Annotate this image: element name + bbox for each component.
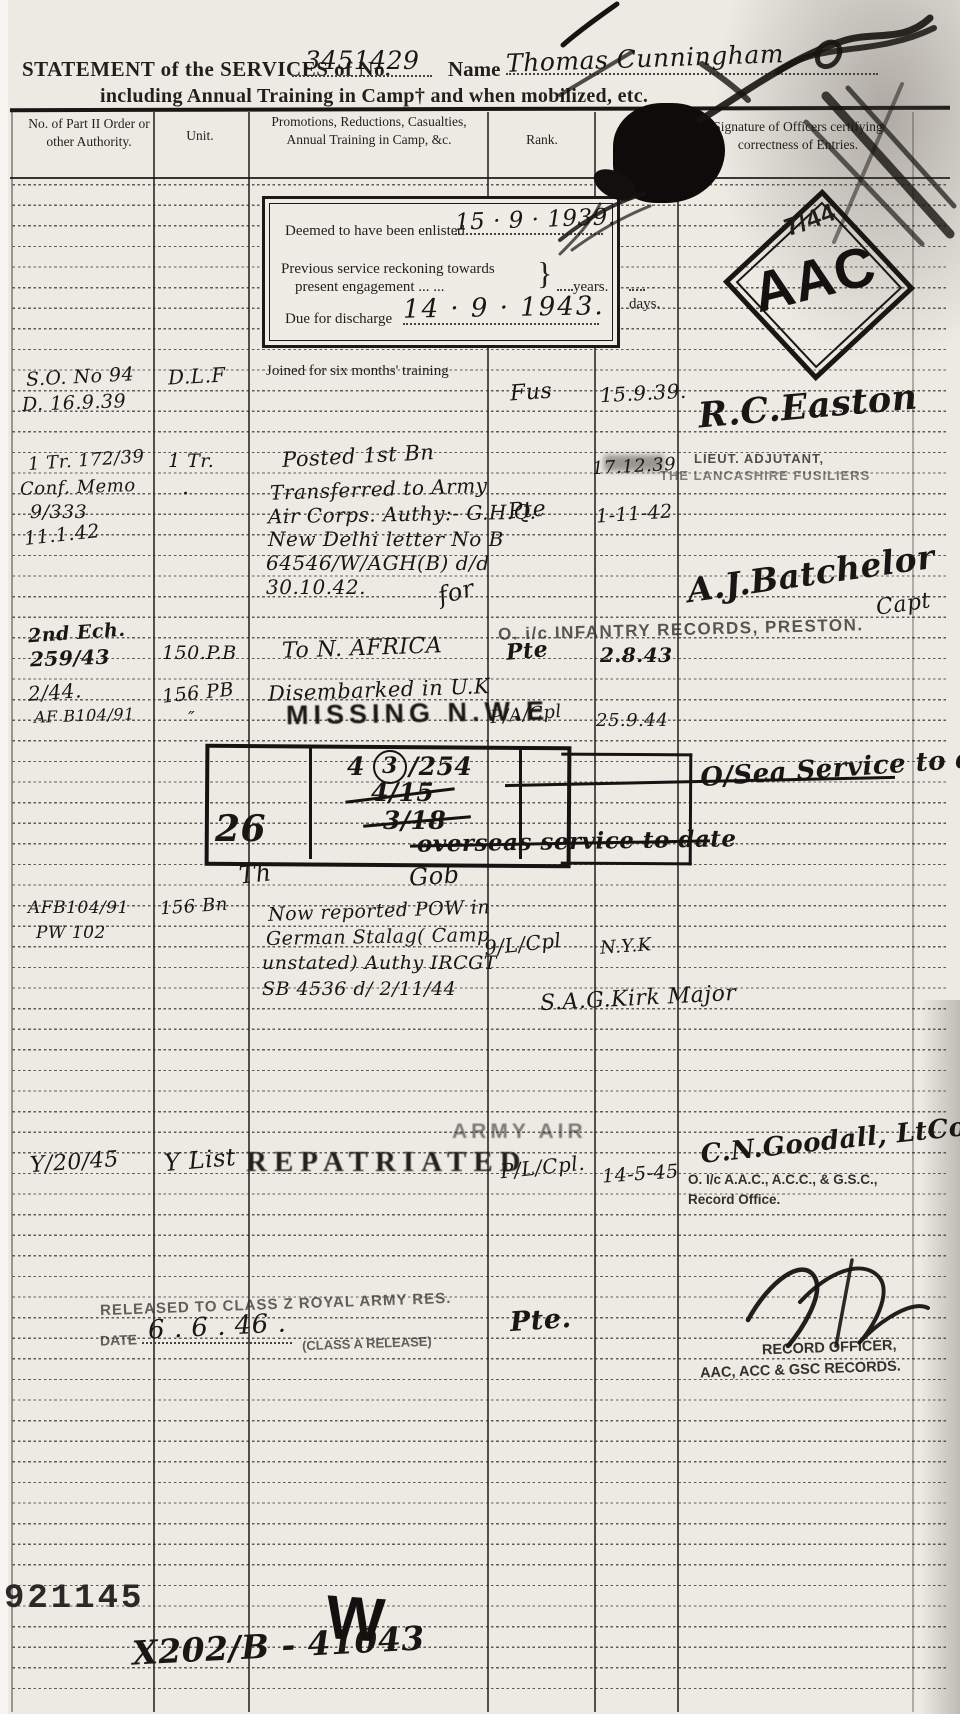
entry4-from-date: 25.9.44 (596, 710, 668, 731)
calc-initials-2: Gob (408, 860, 460, 891)
entry5-from-date: N.Y.K (599, 934, 652, 959)
pen-stroke-top (563, 4, 617, 45)
table-header-promotions: Promotions, Reductions, Casualties, Annu… (258, 113, 480, 148)
entry2-rank: Pte (507, 496, 547, 524)
entry7-rank: Pte. (509, 1303, 572, 1338)
name-value: Thomas Cunningham (506, 39, 785, 78)
entry5-event-line2: German Stalag( Camp (266, 924, 490, 950)
brace-glyph: } (537, 255, 552, 292)
scanned-service-record: STATEMENT of the SERVICES of No. 3451429… (0, 0, 960, 1714)
entry6-office-stamp-line1: O. I/c A.A.C., A.C.C., & G.S.C., (688, 1172, 878, 1187)
entry1-adjutant-stamp-line1: LIEUT. ADJUTANT, (694, 451, 824, 466)
entry2-from-date1: 17.12.39 (592, 454, 677, 479)
entry2-event-line6: 30.10.42. (266, 575, 366, 599)
entry1-from-date: 15.9.39. (599, 379, 687, 408)
enlisted-date: 15 · 9 · 1939. (455, 204, 616, 236)
entry1-rank: Fus (509, 379, 553, 407)
release-date-label: DATE (100, 1331, 138, 1348)
entry3-unit: 150.P.B (162, 642, 237, 664)
entry2-event-line5: 64546/W/AGH(B) d/d (266, 551, 490, 575)
calc-initials-1: Th (238, 858, 273, 889)
entry2-authority-line3: 9/333 (30, 501, 87, 523)
calc-number-rest: /254 (409, 752, 472, 781)
entry5-event-line4: SB 4536 d/ 2/11/44 (262, 978, 456, 1000)
previous-service-label-1: Previous service reckoning towards (281, 261, 495, 278)
column-line-2 (248, 112, 250, 1712)
page-subtitle: including Annual Training in Camp† and w… (100, 85, 648, 108)
column-line-5 (677, 112, 679, 1712)
aac-diamond-stamp: 7/44 AAC (722, 188, 906, 372)
entry1-authority-line2: D. 16.9.39 (22, 390, 127, 416)
entry2-event-line3: Air Corps. Authy:- G.H.Q. (268, 500, 537, 529)
serial-number-stamp: 921145 (4, 1580, 144, 1618)
days-label: days. (629, 279, 660, 313)
entry2-authority-line2: Conf. Memo (20, 475, 136, 500)
table-right-border (912, 112, 914, 1712)
entry1-event: Joined for six months' training (266, 363, 449, 380)
entry1-unit: D.L.F (167, 363, 226, 390)
repatriated-stamp: REPATRIATED (246, 1146, 528, 1179)
entry3-authority-line2: 259/43 (30, 645, 111, 672)
entry1-adjutant-stamp-line2: THE LANCASHIRE FUSILIERS (660, 468, 950, 483)
discharge-label: Due for discharge (285, 311, 392, 328)
entry5-authority-line2: PW 102 (36, 923, 106, 943)
entry5-event-line3: unstated) Authy IRCGT (262, 952, 497, 974)
calc-big-number: 26 (215, 808, 266, 850)
enlistment-box: Deemed to have been enlisted 15 · 9 · 19… (262, 196, 620, 348)
entry2-unit-ditto: · (182, 482, 190, 507)
entry6-office-stamp-line2: Record Office. (688, 1192, 780, 1207)
column-line-1 (153, 112, 155, 1712)
table-header-authority: No. of Part II Order or other Authority. (28, 115, 150, 150)
calc-number-prefix: 4 (347, 752, 365, 781)
column-line-4 (594, 112, 596, 1712)
header-bottom-line (10, 177, 950, 179)
calc-box-inner-line1 (309, 746, 312, 859)
entry3-rank: Pte (505, 636, 549, 666)
enlisted-label: Deemed to have been enlisted (285, 223, 465, 240)
table-header-unit: Unit. (158, 128, 242, 144)
table-header-rank: Rank. (496, 132, 588, 148)
army-air-stamp: ARMY AIR (452, 1120, 587, 1144)
name-label: Name (448, 57, 500, 82)
discharge-date: 14 · 9 · 1943. (403, 291, 605, 325)
entry2-unit-line1: 1 Tr. (168, 450, 214, 472)
service-number: 3451429 (305, 46, 420, 75)
table-left-border (11, 112, 13, 1712)
entry4-authority-line1: 2/44. (27, 678, 82, 706)
release-date-value: 6 . 6 . 46 . (147, 1308, 287, 1345)
entry4-unit-ditto: ″ (188, 708, 195, 729)
entry3-from-date: 2.8.43 (600, 643, 673, 667)
entry2-event-line4: New Delhi letter No B (268, 527, 504, 551)
entry5-authority-line1: AFB104/91 (28, 898, 129, 918)
w-mark: W (324, 1582, 387, 1657)
entry4-authority-line2: AF B104/91 (34, 704, 135, 727)
calculation-box: 4 3 /254 4/15 3/18 26 overseas service t… (205, 742, 705, 892)
